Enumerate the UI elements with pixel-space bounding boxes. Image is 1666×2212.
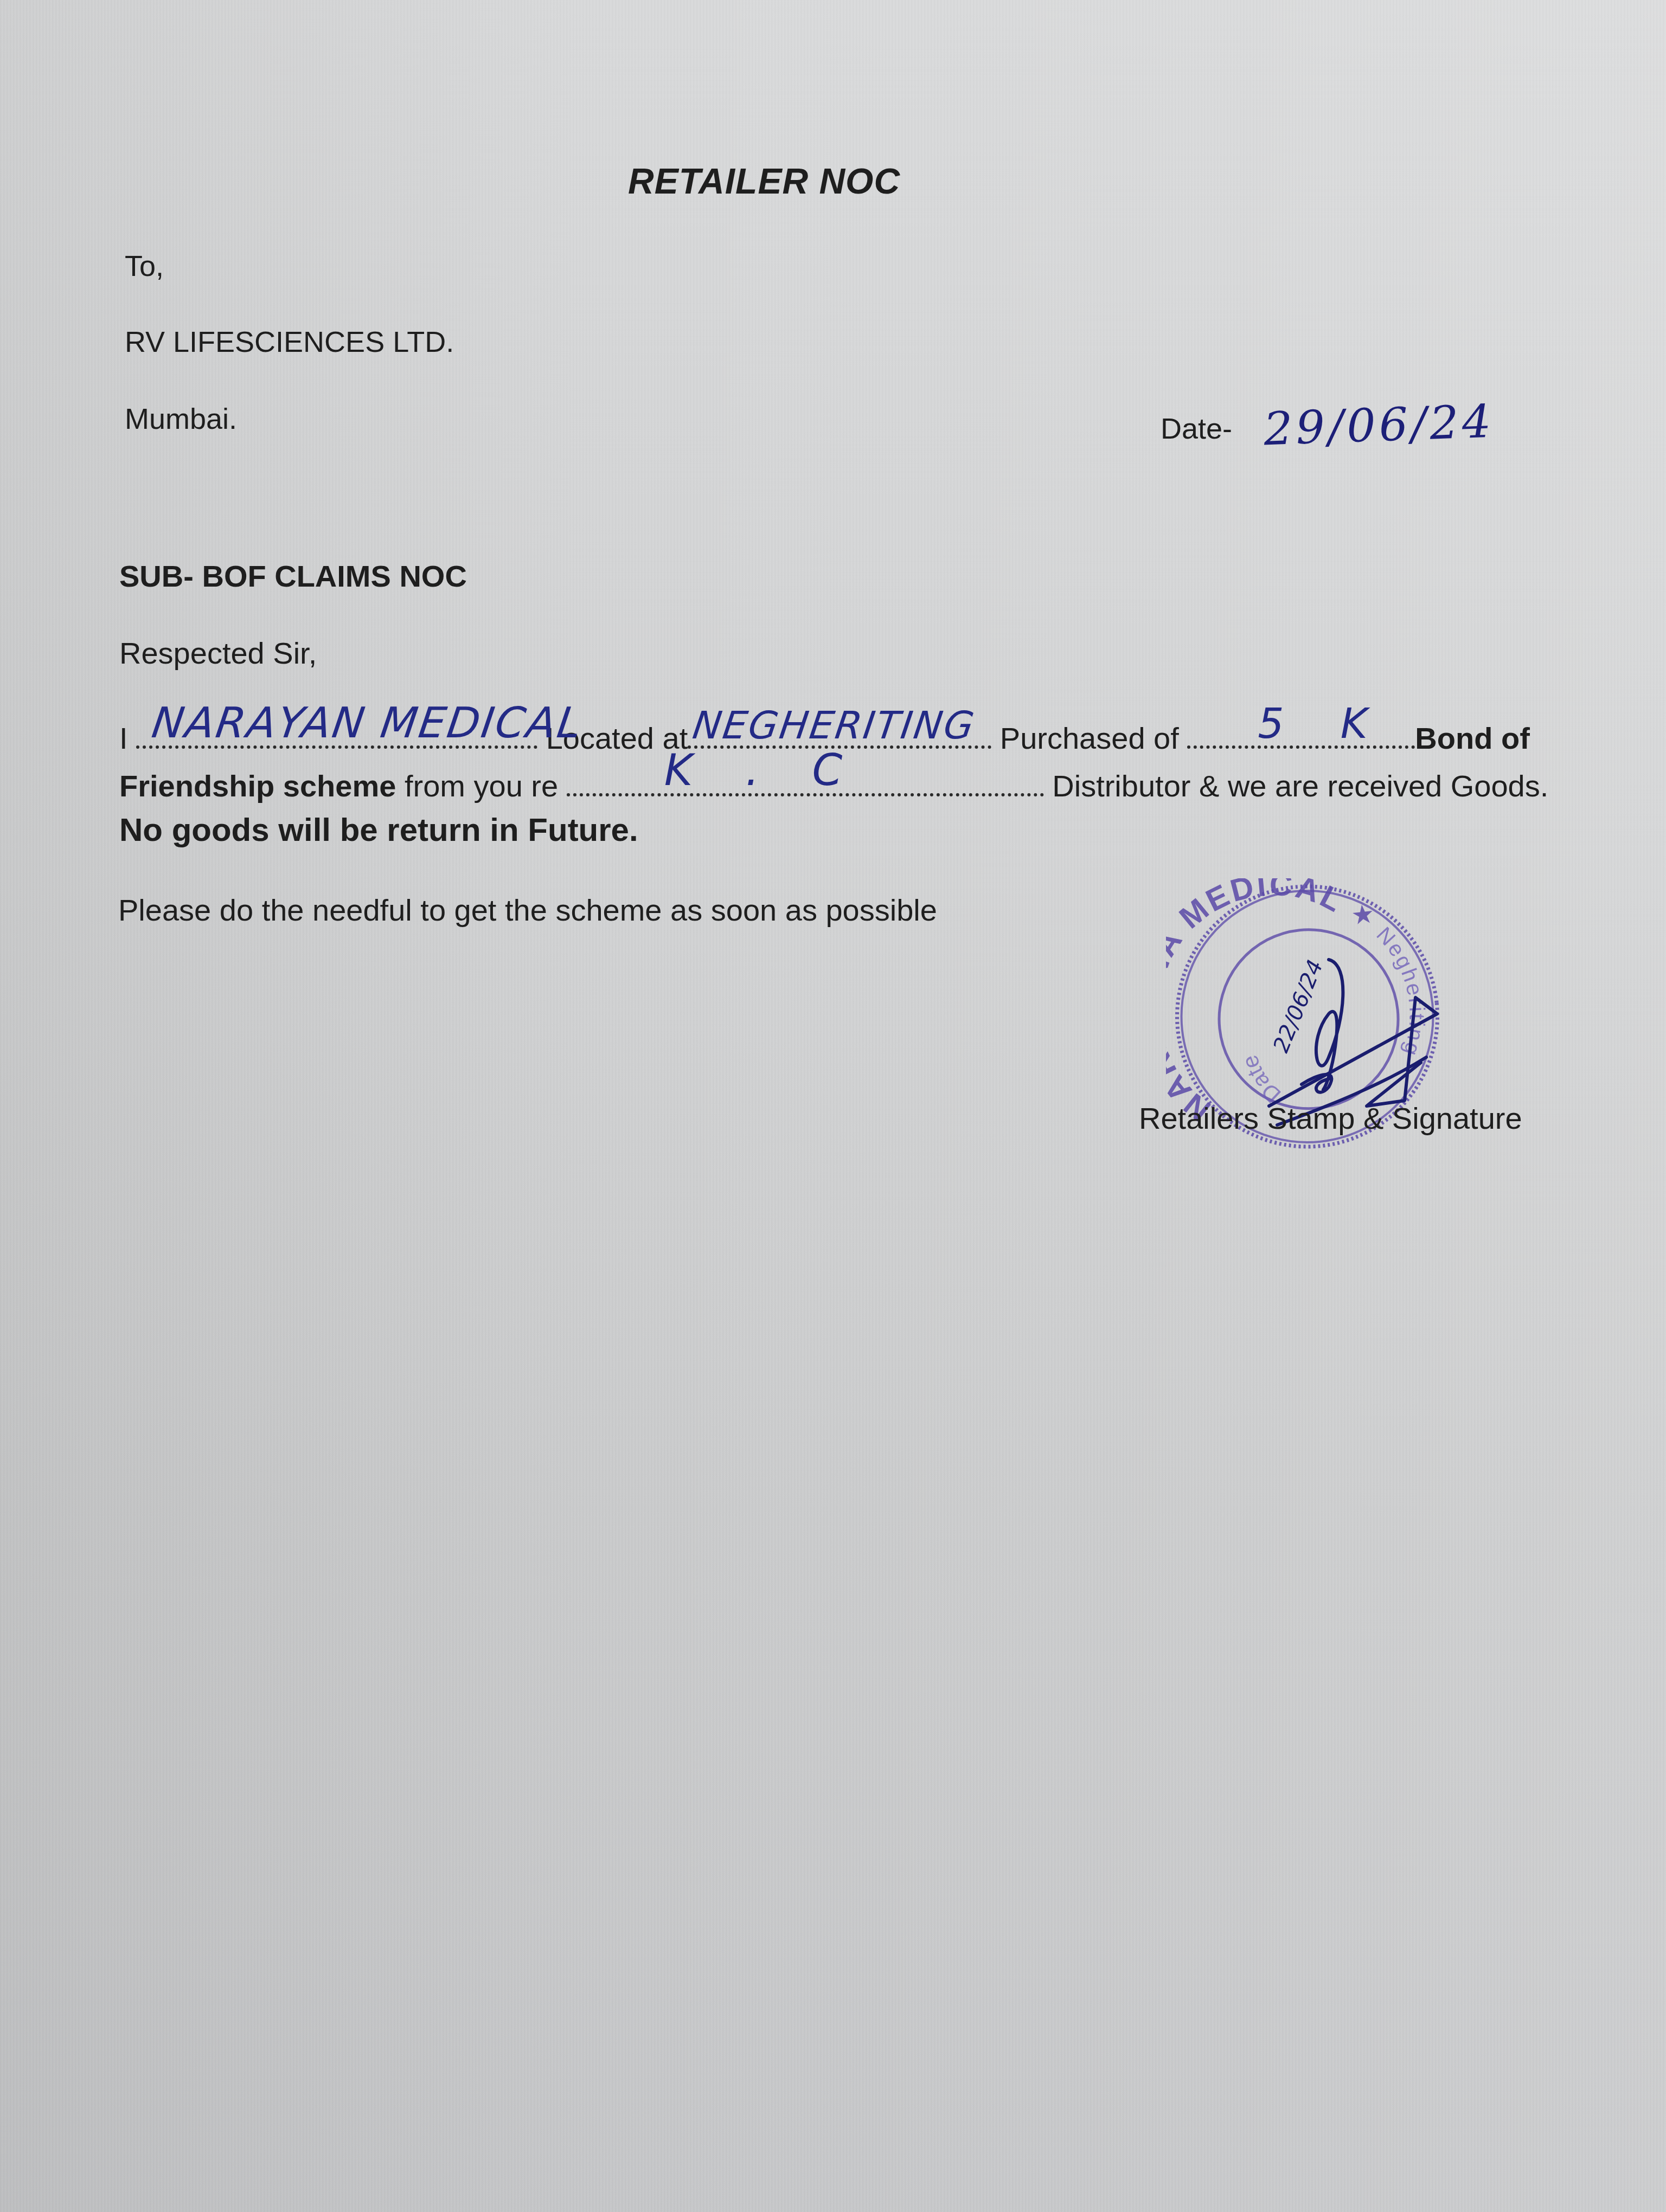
from-you-label: from you re bbox=[405, 769, 558, 803]
body-line-2: Friendship scheme from you re K . C Dist… bbox=[119, 764, 1548, 803]
signature-label: Retailers Stamp & Signature bbox=[1139, 1101, 1522, 1136]
recipient-company: RV LIFESCIENCES LTD. bbox=[125, 325, 454, 359]
star-icon: ★ bbox=[1350, 899, 1376, 930]
amount-field: 5 K bbox=[1187, 717, 1415, 749]
no-return-statement: No goods will be return in Future. bbox=[119, 811, 638, 848]
subject-line: SUB- BOF CLAIMS NOC bbox=[119, 558, 467, 594]
stamp-inner-ring bbox=[1210, 921, 1407, 1117]
greeting: Respected Sir, bbox=[119, 635, 317, 671]
date-label: Date- bbox=[1161, 412, 1232, 446]
document-title: RETAILER NOC bbox=[628, 160, 900, 202]
purchased-of-label: Purchased of bbox=[1000, 721, 1179, 755]
closing-line: Please do the needful to get the scheme … bbox=[118, 892, 937, 928]
bond-of-label: Bond of bbox=[1415, 721, 1529, 755]
recipient-to: To, bbox=[125, 249, 164, 283]
retailer-name-handwritten: NARAYAN MEDICAL bbox=[149, 699, 586, 748]
recipient-city: Mumbai. bbox=[125, 402, 237, 436]
stamp-date-handwritten: 22/06/24 bbox=[1268, 956, 1328, 1056]
distributor-suffix: Distributor & we are received Goods. bbox=[1052, 769, 1548, 803]
distributor-field: K . C bbox=[567, 764, 1044, 796]
prefix-i: I bbox=[119, 721, 128, 755]
amount-handwritten: 5 K bbox=[1258, 699, 1389, 748]
friendship-scheme-label: Friendship scheme bbox=[119, 769, 396, 803]
distributor-handwritten: K . C bbox=[664, 745, 862, 795]
stamp-side-text: Negheriting bbox=[1370, 919, 1434, 1064]
location-field: NEGHERITING bbox=[688, 717, 991, 749]
svg-text:Negheriting: Negheriting bbox=[1370, 919, 1434, 1064]
location-handwritten: NEGHERITING bbox=[690, 703, 978, 748]
date-handwritten: 29/06/24 bbox=[1263, 395, 1495, 456]
retailer-name-field: NARAYAN MEDICAL bbox=[136, 717, 537, 749]
